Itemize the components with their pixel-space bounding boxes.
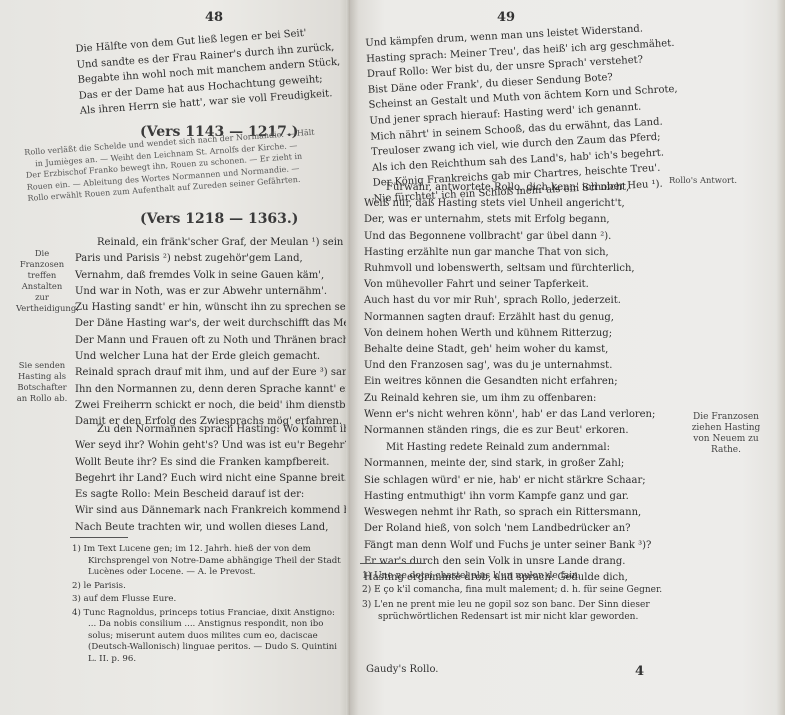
footnote: 2) E ço k'il comancha, fina mult malemen… (362, 584, 707, 596)
verse-line: Weiß nur, daß Hasting stets viel Unheil … (364, 196, 655, 212)
verse-line: Fängt man denn Wolf und Fuchs je unter s… (364, 538, 651, 554)
verse-line: Normannen, meinte der, sind stark, in gr… (364, 456, 651, 472)
verse-line: Weswegen nehmt ihr Rath, so sprach ein R… (364, 505, 651, 521)
footnote-divider (360, 563, 426, 564)
verse-line: Zu Reinald kehren sie, um ihm zu offenba… (364, 391, 655, 407)
verse-line: Normannen ständen rings, die es zur Beut… (364, 423, 655, 439)
verse-line: Der Roland hieß, von solch 'nem Landbedr… (364, 521, 651, 537)
footnote: 3) L'en ne prent mie leu ne gopil soz so… (362, 599, 707, 624)
verse-line: Von mühevoller Fahrt und seiner Tapferke… (364, 277, 655, 293)
footnote: 2) le Parisis. (72, 581, 342, 593)
footnotes-right: 1) Une ne dotai chastel plus k'un mulon … (362, 570, 707, 625)
gathering-mark: 4 (635, 664, 644, 679)
stanza-hasting: Zu den Normannen sprach Hasting: Wo komm… (75, 422, 380, 536)
stanza-second-council: Mit Hasting redete Reinald zum andernmal… (364, 440, 651, 587)
verse-line: Ruhmvoll und lobenswerth, seltsam und fü… (364, 261, 655, 277)
verse-line: Hasting erzählte nun gar manche That von… (364, 245, 655, 261)
verse-line: Hasting entmuthigt' ihn vorm Kampfe ganz… (364, 489, 651, 505)
margin-note-council: Die Franzosen ziehen Hasting von Neuem z… (690, 412, 762, 456)
verse-line: Sie schlagen würd' er nie, hab' er nicht… (364, 473, 651, 489)
verse-line: Ein weitres können die Gesandten nicht e… (364, 374, 655, 390)
verse-line: Wenn er's nicht wehren könn', hab' er da… (364, 407, 655, 423)
section-heading-2: (Vers 1218 — 1363.) (140, 211, 298, 227)
verse-line: Mit Hasting redete Reinald zum andernmal… (364, 440, 651, 456)
verse-line: Zu den Normannen sprach Hasting: Wo komm… (75, 422, 380, 438)
verse-line: Behalte deine Stadt, geh' heim woher du … (364, 342, 655, 358)
verse-line: Auch hast du vor mir Ruh', sprach Rollo,… (364, 293, 655, 309)
left-page: 48 Die Hälfte von dem Gut ließ legen er … (0, 0, 350, 715)
verse-line: Begehrt ihr Land? Euch wird nicht eine S… (75, 471, 380, 487)
verse-line: Wer seyd ihr? Wohin geht's? Und was ist … (75, 438, 380, 454)
verse-line: Nach Beute trachten wir, und wollen dies… (75, 520, 380, 536)
verse-line: Und das Begonnene vollbracht' gar übel d… (364, 229, 655, 245)
verse-line: Fürwahr, antwortete Rollo, dich kenn' ic… (364, 180, 655, 196)
opening-verses: Die Hälfte von dem Gut ließ legen er bei… (75, 24, 343, 120)
page-number-right: 49 (497, 10, 515, 25)
verse-line: Wir sind aus Dännemark nach Frankreich k… (75, 503, 380, 519)
verse-line: Es sagte Rollo: Mein Bescheid darauf ist… (75, 487, 380, 503)
footnote: 1) Im Text Lucene gen; im 12. Jahrh. hie… (72, 544, 342, 579)
stanza-rollo-answer: Fürwahr, antwortete Rollo, dich kenn' ic… (364, 180, 655, 439)
signature-mark: Gaudy's Rollo. (366, 664, 438, 675)
margin-note-defence: Die Franzosen treffen Anstalten zur Vert… (16, 248, 68, 314)
footnote: 3) auf dem Flusse Eure. (72, 594, 342, 606)
footnote-divider (70, 537, 128, 538)
margin-note-rollo-answer: Rollo's Antwort. (668, 175, 738, 186)
verse-line: Wollt Beute ihr? Es sind die Franken kam… (75, 455, 380, 471)
footnotes-left: 1) Im Text Lucene gen; im 12. Jahrh. hie… (72, 544, 342, 667)
verse-line: Von deinem hohen Werth und kühnem Ritter… (364, 326, 655, 342)
verse-line: Der, was er unternahm, stets mit Erfolg … (364, 212, 655, 228)
footnote: 4) Tunc Ragnoldus, princeps totius Franc… (72, 608, 342, 666)
section-summary: Rollo verläßt die Schelde und wendet sic… (24, 127, 318, 205)
footnote: 1) Une ne dotai chastel plus k'un mulon … (362, 570, 707, 582)
verse-line: Normannen sagten drauf: Erzählt hast du … (364, 310, 655, 326)
page-number-left: 48 (205, 10, 223, 25)
margin-note-envoy: Sie senden Hasting als Botschafter an Ro… (12, 360, 72, 404)
right-page: 49 Und kämpfen drum, wenn man uns leiste… (350, 0, 785, 715)
verse-line: Und den Franzosen sag', was du je untern… (364, 358, 655, 374)
book-spread: 48 Die Hälfte von dem Gut ließ legen er … (0, 0, 785, 715)
